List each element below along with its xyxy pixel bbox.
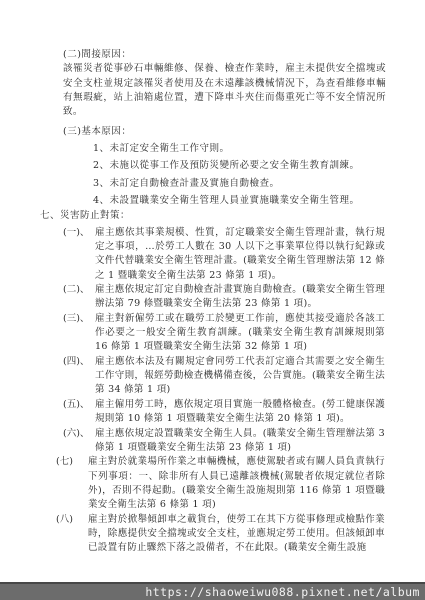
watermark-bar: https://shaoweiwu088.pixnet.net/album: [0, 582, 425, 600]
prevention-item: (五)、 雇主僱用勞工時，應依規定項目實施一般體格檢查。(勞工健康保護規則第 1…: [0, 398, 385, 427]
prevention-item: (七) 雇主對於就業場所作業之車輛機械，應使駕駛者或有關人員負責執行下列事項：一…: [0, 455, 385, 512]
item-text: 雇主應依其事業規模、性質，訂定職業安全衛生管理計畫，執行規定之事項，…於勞工人數…: [95, 227, 385, 281]
basic-cause-list: 1、未訂定安全衛生工作守則。 2、未施以從事工作及預防災變所必要之安全衛生教育訓…: [93, 140, 425, 210]
item-label: (八): [56, 513, 73, 527]
item-label: (六)、: [63, 427, 89, 441]
list-item: 2、未施以從事工作及預防災變所必要之安全衛生教育訓練。: [93, 157, 425, 174]
item-text: 雇主應依規定訂定自動檢查計畫實施自動檢查。(職業安全衛生管理辦法第 79 條暨職…: [95, 284, 385, 309]
list-item: 3、未訂定自動檢查計畫及實施自動檢查。: [93, 175, 425, 192]
indirect-cause-paragraph: 該罹災者從事砂石車輛維修、保養、檢查作業時，雇主未提供安全擋塊或安全支柱並規定該…: [63, 62, 386, 119]
item-label: (五)、: [63, 398, 89, 412]
item-label: (二)、: [63, 283, 89, 297]
section-heading-indirect-cause: (二)間接原因：: [63, 48, 425, 62]
document-content: (二)間接原因： 該罹災者從事砂石車輛維修、保養、檢查作業時，雇主未提供安全擋塊…: [0, 48, 425, 556]
item-text: 雇主對於就業場所作業之車輛機械，應使駕駛者或有關人員負責執行下列事項：一、除非所…: [88, 456, 385, 510]
prevention-item: (六)、 雇主應依規定設置職業安全衛生人員。(職業安全衛生管理辦法第 3 條第 …: [0, 427, 385, 456]
list-item: 1、未訂定安全衛生工作守則。: [93, 140, 425, 157]
prevention-item: (四)、 雇主應依本法及有關規定會同勞工代表訂定適合其需要之安全衛生工作守則，報…: [0, 355, 385, 398]
item-label: (四)、: [63, 355, 89, 369]
prevention-item: (八) 雇主對於掀舉傾卸車之載貨台，使勞工在其下方從事修理或檢點作業時，除應提供…: [0, 513, 385, 556]
item-text: 雇主僱用勞工時，應依規定項目實施一般體格檢查。(勞工健康保護規則第 10 條第 …: [95, 399, 385, 424]
list-item: 4、未設置職業安全衛生管理人員並實施職業安全衛生管理。: [93, 192, 425, 209]
item-text: 雇主應依規定設置職業安全衛生人員。(職業安全衛生管理辦法第 3 條第 1 項暨職…: [95, 428, 385, 453]
item-label: (七): [56, 455, 73, 469]
item-label: (三)、: [63, 312, 89, 326]
document-page: (二)間接原因： 該罹災者從事砂石車輛維修、保養、檢查作業時，雇主未提供安全擋塊…: [0, 0, 425, 600]
prevention-item: (二)、 雇主應依規定訂定自動檢查計畫實施自動檢查。(職業安全衛生管理辦法第 7…: [0, 283, 385, 312]
section-heading-prevention-measures: 七、災害防止對策：: [40, 209, 425, 223]
item-text: 雇主對新僱勞工或在職勞工於變更工作前，應使其接受適於各該工作必要之一般安全衛生教…: [95, 313, 385, 353]
item-text: 雇主對於掀舉傾卸車之載貨台，使勞工在其下方從事修理或檢點作業時，除應提供安全擋塊…: [88, 514, 385, 554]
item-text: 雇主應依本法及有關規定會同勞工代表訂定適合其需要之安全衛生工作守則，報經勞動檢查…: [95, 356, 385, 396]
prevention-item: (三)、 雇主對新僱勞工或在職勞工於變更工作前，應使其接受適於各該工作必要之一般…: [0, 312, 385, 355]
section-heading-basic-cause: (三)基本原因：: [63, 125, 425, 139]
item-label: (一)、: [63, 226, 89, 240]
prevention-item: (一)、 雇主應依其事業規模、性質，訂定職業安全衛生管理計畫，執行規定之事項，……: [0, 226, 385, 283]
watermark-url: https://shaoweiwu088.pixnet.net/album: [145, 585, 420, 599]
